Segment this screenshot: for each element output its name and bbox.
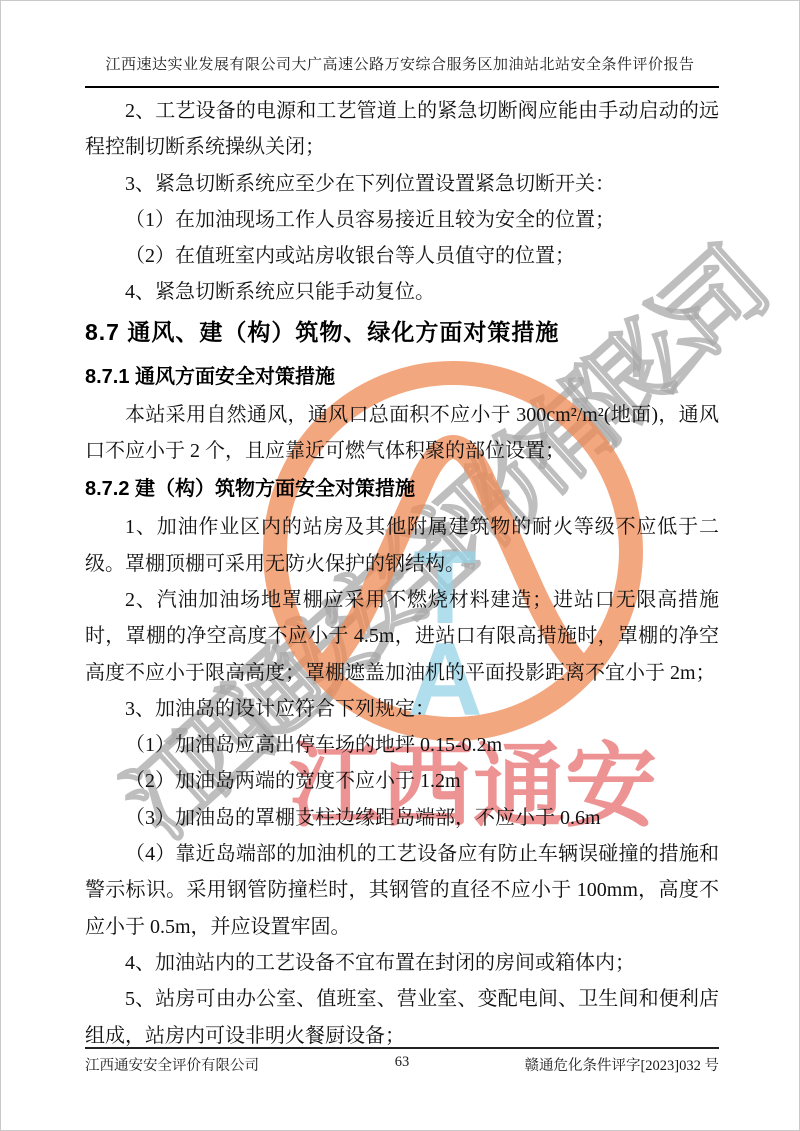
paragraph: 2、工艺设备的电源和工艺管道上的紧急切断阀应能由手动启动的远程控制切断系统操纵关… [85, 93, 719, 166]
list-item: （2）加油岛两端的宽度不应小于 1.2m [85, 763, 719, 799]
paragraph: 4、紧急切断系统应只能手动复位。 [85, 274, 719, 310]
paragraph: 3、紧急切断系统应至少在下列位置设置紧急切断开关： [85, 166, 719, 202]
paragraph: 2、汽油加油场地罩棚应采用不燃烧材料建造；进站口无限高措施时，罩棚的净空高度不应… [85, 582, 719, 691]
page-number: 63 [395, 1054, 410, 1071]
list-item: （1）加油岛应高出停车场的地坪 0.15-0.2m [85, 727, 719, 763]
list-item: （1）在加油现场工作人员容易接近且较为安全的位置； [85, 202, 719, 238]
report-page: 江西通安安全评价有限公司 T A 江西通安 江西速达实业发展有限公司大广高速公路… [0, 0, 800, 1131]
section-heading: 8.7 通风、建（构）筑物、绿化方面对策措施 [85, 312, 719, 353]
page-footer: 江西通安安全评价有限公司 63 赣通危化条件评字[2023]032 号 [85, 1047, 719, 1075]
paragraph: 4、加油站内的工艺设备不宜布置在封闭的房间或箱体内； [85, 945, 719, 981]
paragraph: 1、加油作业区内的站房及其他附属建筑物的耐火等级不应低于二级。罩棚顶棚可采用无防… [85, 509, 719, 582]
subsection-heading: 8.7.1 通风方面安全对策措施 [85, 357, 719, 397]
header-rule [85, 86, 719, 88]
paragraph: 本站采用自然通风，通风口总面积不应小于 300cm²/m²(地面)，通风口不应小… [85, 397, 719, 470]
paragraph: 5、站房可由办公室、值班室、营业室、变配电间、卫生间和便利店组成，站房内可设非明… [85, 981, 719, 1054]
paragraph: 3、加油岛的设计应符合下列规定： [85, 691, 719, 727]
list-item: （4）靠近岛端部的加油机的工艺设备应有防止车辆误碰撞的措施和警示标识。采用钢管防… [85, 836, 719, 945]
subsection-heading: 8.7.2 建（构）筑物方面安全对策措施 [85, 469, 719, 509]
document-body: 2、工艺设备的电源和工艺管道上的紧急切断阀应能由手动启动的远程控制切断系统操纵关… [85, 93, 719, 1054]
list-item: （2）在值班室内或站房收银台等人员值守的位置； [85, 238, 719, 274]
footer-company: 江西通安安全评价有限公司 [85, 1054, 259, 1075]
list-item: （3）加油岛的罩棚支柱边缘距岛端部，不应小于 0.6m [85, 800, 719, 836]
footer-doc-number: 赣通危化条件评字[2023]032 号 [524, 1054, 719, 1075]
report-title: 江西速达实业发展有限公司大广高速公路万安综合服务区加油站北站安全条件评价报告 [1, 53, 799, 74]
